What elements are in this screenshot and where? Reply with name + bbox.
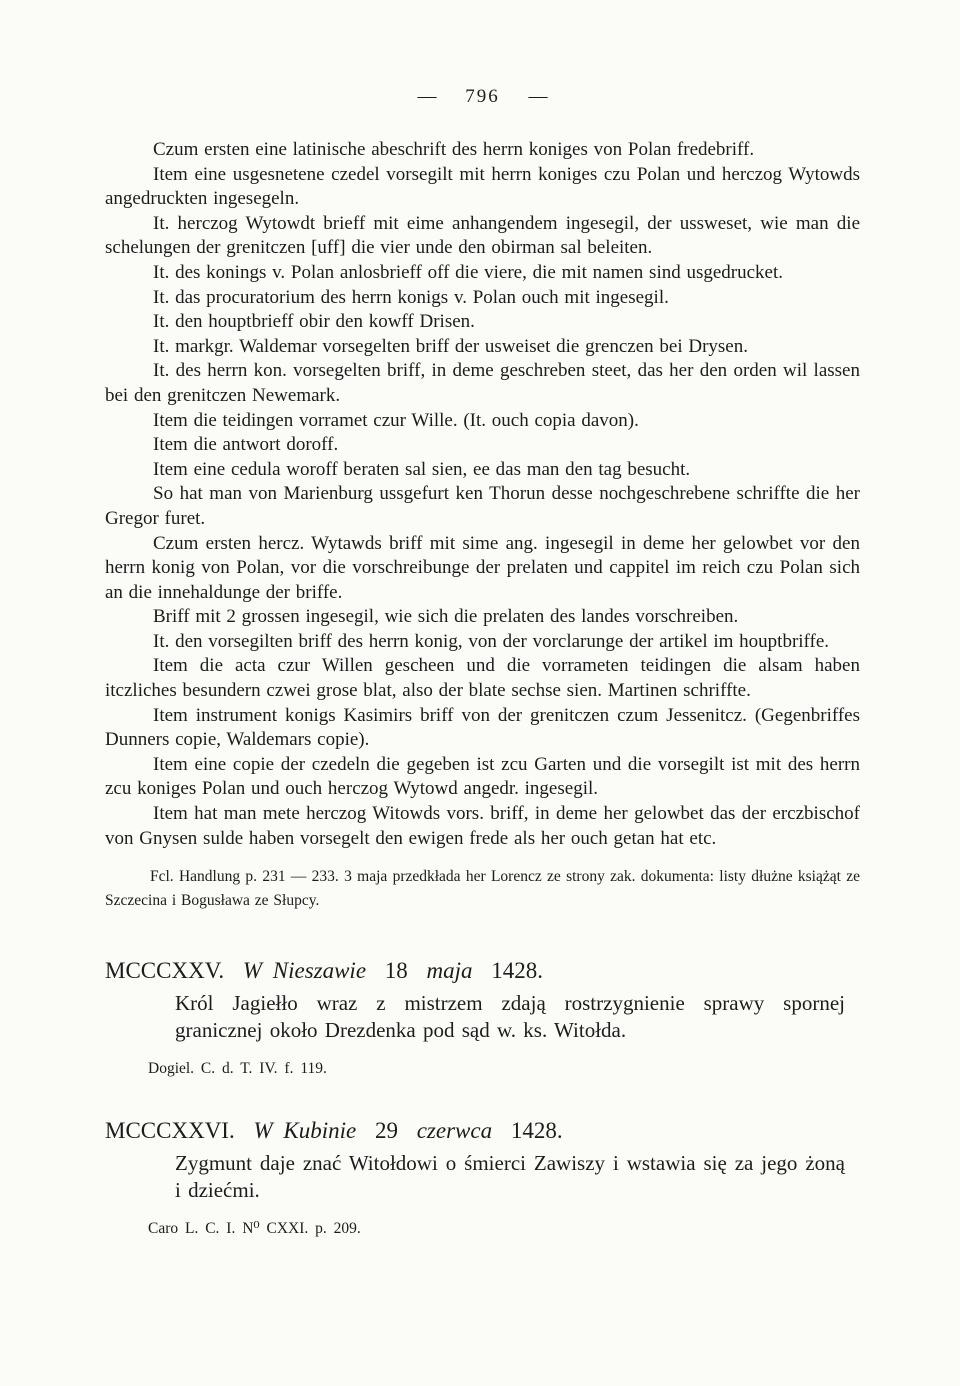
body-paragraph: Briff mit 2 grossen ingesegil, wie sich … [105,605,860,630]
entry-source-citation: Caro L. C. I. N⁰ CXXI. p. 209. [148,1219,860,1239]
body-paragraph: It. den vorsegilten briff des herrn koni… [105,630,860,655]
page-number: 796 [465,86,500,108]
entry-heading: MCCCXXV. W Nieszawie 18 maja 1428. [105,957,860,985]
body-paragraph: Item eine usgesnetene czedel vorsegilt m… [105,163,860,212]
entry-day: 18 [385,958,408,983]
header-dash-left: — [418,86,437,108]
body-paragraph: Item die teidingen vorramet czur Wille. … [105,409,860,434]
body-paragraph: Item die antwort doroff. [105,433,860,458]
entry-mcccxxvi: MCCCXXVI. W Kubinie 29 czerwca 1428. Zyg… [105,1117,860,1239]
entry-heading: MCCCXXVI. W Kubinie 29 czerwca 1428. [105,1117,860,1145]
entry-mcccxxv: MCCCXXV. W Nieszawie 18 maja 1428. Król … [105,957,860,1079]
body-paragraph: Item eine cedula woroff beraten sal sien… [105,458,860,483]
body-paragraph: It. den houptbrieff obir den kowff Drise… [105,310,860,335]
entry-number: MCCCXXVI. [105,1118,235,1143]
page-header: — 796 — [105,86,860,108]
body-paragraph: Item eine copie der czedeln die gegeben … [105,753,860,802]
entry-place: W Kubinie [253,1118,356,1143]
body-paragraph: It. herczog Wytowdt brieff mit eime anha… [105,212,860,261]
footnote: Fcl. Handlung p. 231 — 233. 3 maja przed… [105,865,860,913]
body-paragraph: It. markgr. Waldemar vorsegelten briff d… [105,335,860,360]
body-paragraph: Item instrument konigs Kasimirs briff vo… [105,704,860,753]
entry-month: czerwca [417,1118,492,1143]
body-paragraph: Czum ersten hercz. Wytawds briff mit sim… [105,532,860,606]
body-paragraph: Czum ersten eine latinische abeschrift d… [105,138,860,163]
body-paragraph: So hat man von Marienburg ussgefurt ken … [105,482,860,531]
entry-day: 29 [375,1118,398,1143]
body-paragraph: It. des herrn kon. vorsegelten briff, in… [105,359,860,408]
scanned-document-page: — 796 — Czum ersten eine latinische abes… [0,0,960,1386]
document-body: Czum ersten eine latinische abeschrift d… [105,138,860,851]
entry-year: 1428. [511,1118,563,1143]
entry-regest: Król Jagiełło wraz z mistrzem zdają rost… [175,990,845,1043]
entry-source-citation: Dogiel. C. d. T. IV. f. 119. [148,1059,860,1079]
entry-regest: Zygmunt daje znać Witołdowi o śmierci Za… [175,1150,845,1203]
body-paragraph: Item hat man mete herczog Witowds vors. … [105,802,860,851]
entry-month: maja [427,958,473,983]
entry-number: MCCCXXV. [105,958,224,983]
entry-place: W Nieszawie [243,958,366,983]
body-paragraph: Item die acta czur Willen gescheen und d… [105,654,860,703]
body-paragraph: It. das procuratorium des herrn konigs v… [105,286,860,311]
entry-year: 1428. [491,958,543,983]
header-dash-right: — [529,86,548,108]
body-paragraph: It. des konings v. Polan anlosbrieff off… [105,261,860,286]
